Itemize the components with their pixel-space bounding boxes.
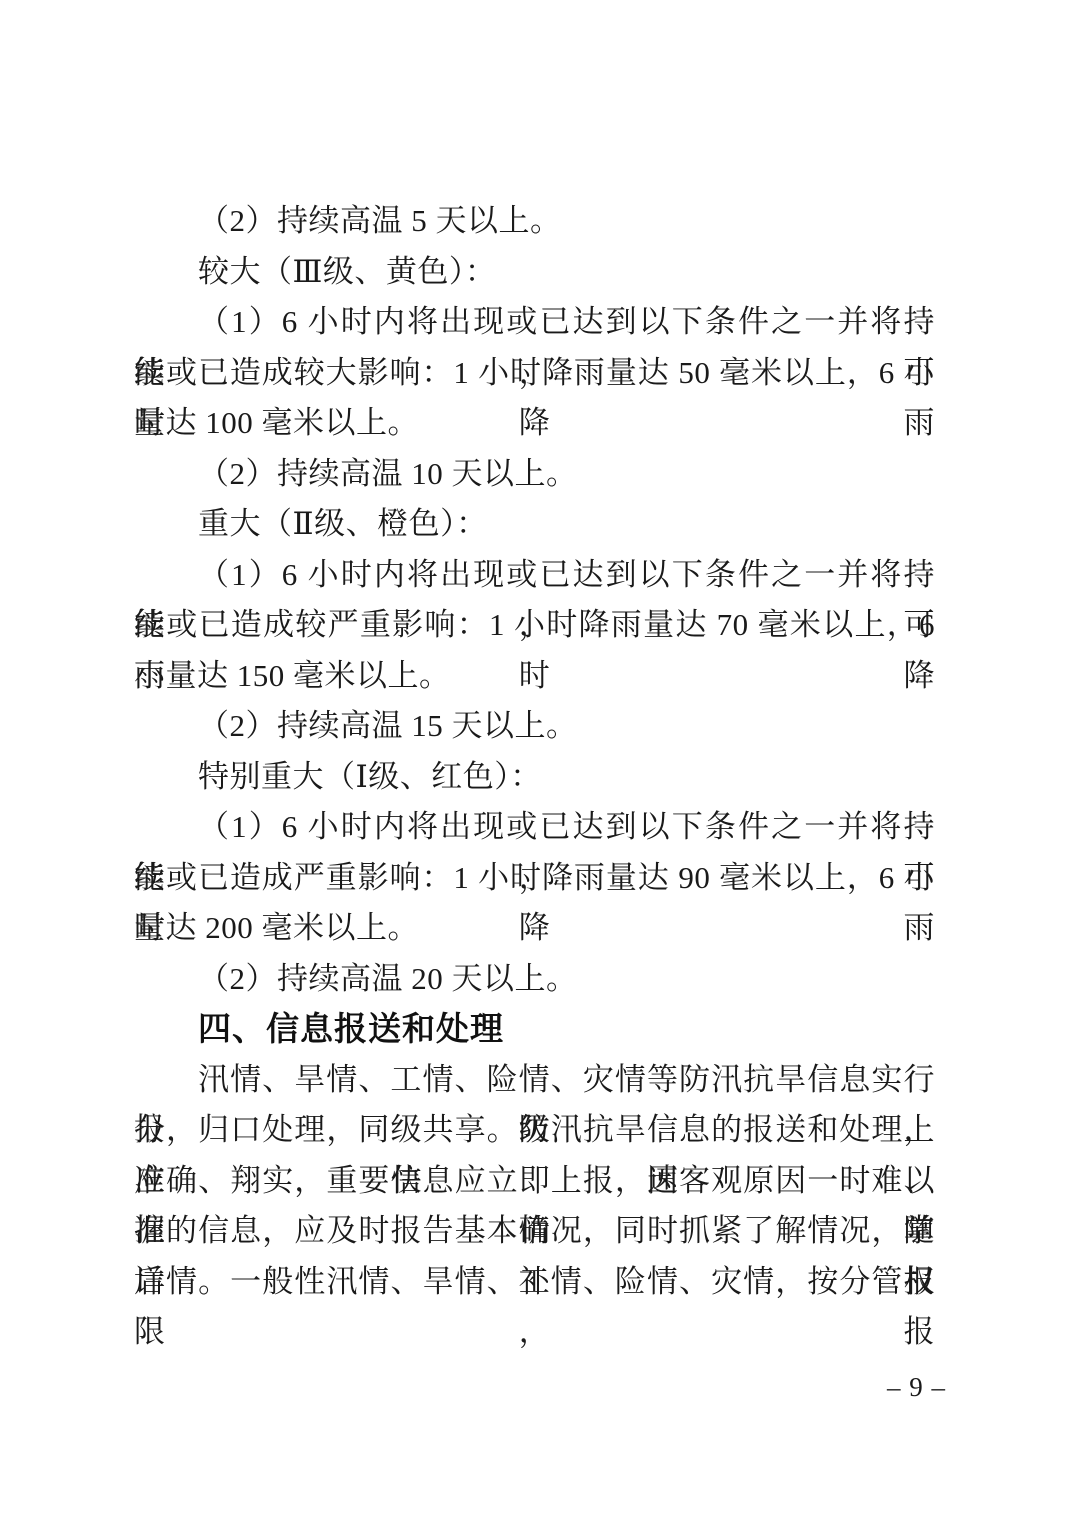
text-line: 报，归口处理，同级共享。防汛抗旱信息的报送和处理，应快速、 xyxy=(134,1105,935,1156)
text-line: 汛情、旱情、工情、险情、灾情等防汛抗旱信息实行分级上 xyxy=(134,1055,935,1106)
text-line: （1）6 小时内将出现或已达到以下条件之一并将持续，可 xyxy=(134,802,935,853)
text-line: （1）6 小时内将出现或已达到以下条件之一并将持续，可 xyxy=(134,550,935,601)
text-line: 较大（Ⅲ级、黄色）： xyxy=(134,247,935,298)
text-line: 重大（Ⅱ级、橙色）： xyxy=(134,499,935,550)
text-line: （2）持续高温 20 天以上。 xyxy=(134,954,935,1005)
text-line: （2）持续高温 15 天以上。 xyxy=(134,701,935,752)
text-line: 准确、翔实，重要信息应立即上报，因客观原因一时难以准确掌 xyxy=(134,1156,935,1207)
text-line: 能或已造成较大影响：1 小时降雨量达 50 毫米以上，6 小时降雨 xyxy=(134,348,935,399)
text-line: （2）持续高温 10 天以上。 xyxy=(134,449,935,500)
document-body: （2）持续高温 5 天以上。 较大（Ⅲ级、黄色）： （1）6 小时内将出现或已达… xyxy=(134,196,935,1307)
text-line: 能或已造成较严重影响：1 小时降雨量达 70 毫米以上，6 小时降 xyxy=(134,600,935,651)
text-line: 能或已造成严重影响：1 小时降雨量达 90 毫米以上，6 小时降雨 xyxy=(134,853,935,904)
document-page: （2）持续高温 5 天以上。 较大（Ⅲ级、黄色）： （1）6 小时内将出现或已达… xyxy=(0,0,1074,1520)
page-number: – 9 – xyxy=(887,1372,946,1402)
section-heading: 四、信息报送和处理 xyxy=(134,1004,935,1055)
text-line: （1）6 小时内将出现或已达到以下条件之一并将持续，可 xyxy=(134,297,935,348)
text-line: 握的信息，应及时报告基本情况，同时抓紧了解情况，随后补报 xyxy=(134,1206,935,1257)
text-line: 特别重大（Ⅰ级、红色）： xyxy=(134,752,935,803)
text-line: （2）持续高温 5 天以上。 xyxy=(134,196,935,247)
text-line: 详情。一般性汛情、旱情、工情、险情、灾情，按分管权限，报 xyxy=(134,1257,935,1308)
